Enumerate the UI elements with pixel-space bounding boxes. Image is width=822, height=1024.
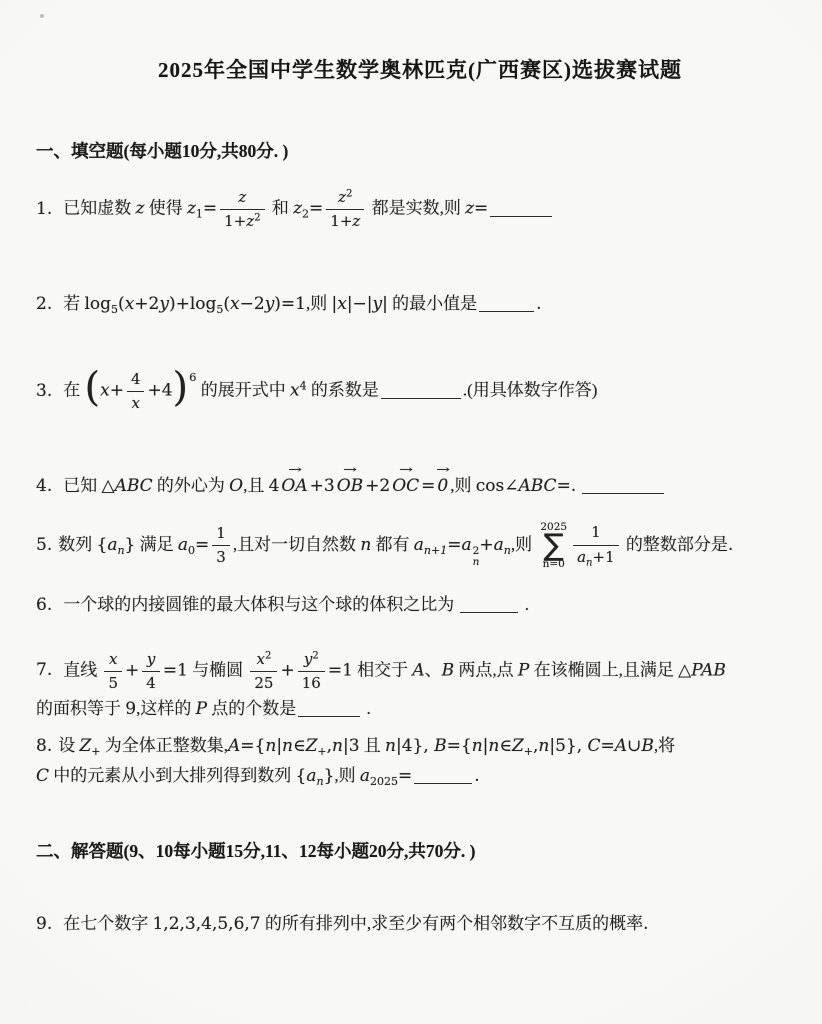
math-variable: z bbox=[293, 199, 302, 219]
fraction: 1an+1 bbox=[573, 522, 619, 569]
math-roman: = bbox=[203, 199, 217, 219]
math-roman: 25 bbox=[254, 674, 273, 692]
superscript: 4 bbox=[300, 379, 307, 392]
math-roman: ∪ bbox=[627, 736, 641, 756]
text-run: . bbox=[520, 595, 529, 614]
fraction: 4x bbox=[127, 369, 145, 415]
math-roman: △ bbox=[678, 660, 691, 680]
subscript: + bbox=[317, 744, 326, 757]
text-run: . bbox=[362, 699, 371, 718]
question-number: 3. bbox=[36, 381, 52, 401]
math-roman: △ bbox=[101, 476, 114, 496]
math-variable: y bbox=[159, 294, 169, 314]
answer-blank bbox=[381, 381, 461, 398]
math-roman: +2 bbox=[365, 476, 390, 496]
vector-arrow: OB bbox=[337, 466, 363, 502]
text-run: 都是实数,则 bbox=[367, 199, 465, 218]
question-6: 6.一个球的内接圆锥的最大体积与这个球的体积之比为 . bbox=[36, 590, 804, 621]
math-variable: P bbox=[196, 699, 207, 719]
math-roman: = bbox=[601, 736, 615, 756]
math-roman: ∈ bbox=[499, 736, 512, 756]
math-roman: 1 bbox=[216, 524, 226, 542]
fraction: y216 bbox=[298, 649, 325, 695]
math-variable: P bbox=[518, 660, 529, 680]
math-roman: + bbox=[125, 660, 139, 680]
text-run: 在七个数字 bbox=[63, 914, 152, 933]
text-run: ,则 bbox=[306, 294, 332, 313]
math-variable: x bbox=[100, 381, 110, 401]
math-variable: z bbox=[465, 199, 474, 219]
question-number: 8. bbox=[36, 736, 52, 756]
text-run: 已知 bbox=[63, 476, 101, 495]
math-roman: = bbox=[421, 476, 435, 496]
scan-artifact-dot bbox=[40, 14, 44, 18]
math-variable: a bbox=[461, 535, 471, 555]
question-number: 1. bbox=[36, 199, 52, 219]
math-variable: C bbox=[588, 736, 601, 756]
math-roman: +3 bbox=[310, 476, 335, 496]
math-variable: Z bbox=[512, 736, 524, 756]
text-run: ,则 bbox=[450, 476, 476, 495]
math-roman: + bbox=[479, 535, 493, 555]
answer-question-list: 9.在七个数字 1,2,3,4,5,6,7 的所有排列中,求至少有两个相邻数字不… bbox=[36, 909, 804, 940]
answer-blank bbox=[582, 477, 664, 494]
text-run: 的整数部分是 bbox=[622, 535, 728, 554]
math-roman: ( bbox=[118, 294, 125, 314]
math-roman: . bbox=[474, 766, 479, 786]
math-variable: A bbox=[615, 736, 627, 756]
math-variable: B bbox=[434, 736, 447, 756]
answer-blank bbox=[298, 700, 360, 717]
math-roman: =1 bbox=[163, 660, 188, 680]
math-roman: { bbox=[96, 535, 107, 555]
vector-arrow: OC bbox=[392, 466, 419, 502]
text-run: 已知虚数 bbox=[63, 199, 135, 218]
math-variable: a bbox=[360, 766, 370, 786]
text-run: 相交于 bbox=[353, 660, 413, 679]
text-run: 使得 bbox=[144, 199, 187, 218]
text-run: ,将 bbox=[654, 736, 675, 755]
text-run: 设 bbox=[58, 736, 79, 755]
math-variable: n bbox=[472, 736, 483, 756]
superscript: 2 bbox=[254, 213, 260, 224]
text-run: 在 bbox=[63, 381, 84, 400]
subscript: + bbox=[524, 744, 533, 757]
text-run: ,则 bbox=[511, 535, 537, 554]
section-2-header: 二、解答题(9、10每小题15分,11、12每小题20分,共70分. ) bbox=[36, 838, 804, 863]
text-run: 满足 bbox=[135, 535, 178, 554]
math-variable: n bbox=[360, 535, 371, 555]
subscript: 5 bbox=[111, 302, 118, 315]
math-variable: a bbox=[178, 535, 188, 555]
question-7: 7.直线 x5+y4=1 与椭圆 x225+y216=1 相交于 A、B 两点,… bbox=[36, 649, 804, 725]
math-variable: a bbox=[107, 535, 117, 555]
math-roman: . bbox=[643, 914, 648, 934]
math-variable: n bbox=[385, 736, 396, 756]
answer-blank bbox=[490, 200, 552, 217]
math-roman: −2 bbox=[240, 294, 265, 314]
math-variable: n bbox=[265, 736, 276, 756]
fill-in-question-list: 1.已知虚数 z 使得 z1=z1+z2 和 z2=z21+z 都是实数,则 z… bbox=[36, 187, 804, 792]
math-roman: 4 bbox=[269, 476, 280, 496]
answer-blank bbox=[460, 596, 518, 613]
question-number: 9. bbox=[36, 914, 52, 934]
section-1-header: 一、填空题(每小题10分,共80分. ) bbox=[36, 138, 804, 163]
fraction: x5 bbox=[104, 649, 122, 695]
math-variable: C bbox=[36, 766, 49, 786]
math-roman: , bbox=[577, 736, 588, 756]
math-roman: . bbox=[536, 294, 541, 314]
subscript: n+1 bbox=[424, 544, 447, 557]
subscript: n bbox=[316, 775, 323, 788]
answer-blank bbox=[414, 767, 472, 784]
math-variable: Z bbox=[306, 736, 318, 756]
text-run: 为全体正整数集, bbox=[101, 736, 229, 755]
text-run: ,且 bbox=[243, 476, 269, 495]
math-roman: log bbox=[84, 294, 111, 314]
math-roman: } bbox=[324, 766, 335, 786]
text-run: 数列 bbox=[58, 535, 96, 554]
math-roman: = bbox=[398, 766, 412, 786]
math-variable: y bbox=[265, 294, 275, 314]
math-roman: ={ bbox=[447, 736, 472, 756]
math-roman: 16 bbox=[302, 674, 321, 692]
math-variable: z bbox=[187, 199, 196, 219]
question-number: 7. bbox=[36, 660, 52, 680]
math-roman: ∈ bbox=[293, 736, 306, 756]
math-roman: |3 bbox=[343, 736, 360, 756]
math-roman: = bbox=[447, 535, 461, 555]
math-variable: O bbox=[229, 476, 243, 496]
text-run: 都有 bbox=[371, 535, 414, 554]
text-run bbox=[576, 476, 580, 495]
math-variable: z bbox=[352, 212, 360, 230]
math-variable: ABC bbox=[115, 476, 153, 496]
fraction: x225 bbox=[250, 649, 277, 695]
math-variable: x bbox=[131, 394, 139, 412]
math-roman: 9 bbox=[125, 699, 136, 719]
text-run: 的面积等于 bbox=[36, 699, 125, 718]
question-5: 5.数列 {an} 满足 a0=13,且对一切自然数 n 都有 an+1=a2n… bbox=[36, 522, 804, 570]
question-3: 3.在 (x+4x+4)6 的展开式中 x4 的系数是.(用具体数字作答) bbox=[36, 367, 804, 414]
subscript: 1 bbox=[196, 208, 203, 221]
math-roman: +2 bbox=[134, 294, 159, 314]
math-variable: n bbox=[538, 736, 549, 756]
text-run: .(用具体数字作答) bbox=[463, 381, 598, 400]
math-roman: +1 bbox=[593, 548, 615, 566]
math-roman: 1,2,3,4,5,6,7 bbox=[152, 914, 260, 934]
math-roman: |−| bbox=[347, 294, 373, 314]
question-number: 6. bbox=[36, 595, 52, 615]
vector-arrow: OA bbox=[281, 466, 307, 502]
superscript: 2 bbox=[265, 650, 271, 661]
text-run: 的最小值是 bbox=[388, 294, 477, 313]
fraction: z1+z2 bbox=[220, 187, 264, 233]
text-run: 的系数是 bbox=[307, 381, 379, 400]
math-variable: n bbox=[282, 736, 293, 756]
math-variable: x bbox=[290, 381, 300, 401]
question-8: 8.设 Z+ 为全体正整数集,A={n|n∈Z+,n|3 且 n|4}, B={… bbox=[36, 731, 804, 792]
math-variable: x bbox=[257, 650, 265, 668]
math-roman: + bbox=[110, 381, 124, 401]
math-variable: A bbox=[412, 660, 424, 680]
text-run: 与椭圆 bbox=[188, 660, 248, 679]
subscript: 0 bbox=[188, 544, 195, 557]
math-variable: B bbox=[641, 736, 654, 756]
text-run: 的外心为 bbox=[153, 476, 230, 495]
sigma-symbol: ∑ bbox=[544, 532, 564, 559]
fraction: z21+z bbox=[326, 187, 364, 233]
math-variable: B bbox=[442, 660, 455, 680]
math-roman: { bbox=[296, 766, 307, 786]
math-roman: )+log bbox=[169, 294, 216, 314]
text-run: 直线 bbox=[63, 660, 101, 679]
math-roman: |5} bbox=[549, 736, 576, 756]
math-roman: 4 bbox=[131, 370, 141, 388]
math-variable: a bbox=[306, 766, 316, 786]
text-run: 且 bbox=[360, 736, 386, 755]
math-variable: a bbox=[414, 535, 424, 555]
math-roman: =1 bbox=[328, 660, 353, 680]
question-1: 1.已知虚数 z 使得 z1=z1+z2 和 z2=z21+z 都是实数,则 z… bbox=[36, 187, 804, 233]
math-roman: =. bbox=[557, 476, 577, 496]
subscript: + bbox=[91, 744, 100, 757]
math-roman: , bbox=[423, 736, 434, 756]
text-run: 的展开式中 bbox=[196, 381, 290, 400]
exam-paper-scan: 2025年全国中学生数学奥林匹克(广西赛区)选拔赛试题 一、填空题(每小题10分… bbox=[0, 0, 822, 1024]
superscript: 2 bbox=[312, 650, 318, 661]
math-roman: +4 bbox=[147, 381, 172, 401]
math-variable: x bbox=[109, 650, 117, 668]
text-run: ,且对一切自然数 bbox=[233, 535, 361, 554]
text-run: 若 bbox=[63, 294, 84, 313]
subscript: n bbox=[117, 544, 124, 557]
summation-lower-limit: n=0 bbox=[543, 559, 565, 570]
superscript: 2 bbox=[346, 189, 352, 200]
fraction: 13 bbox=[212, 523, 230, 569]
math-roman: )=1 bbox=[274, 294, 306, 314]
text-run: 一个球的内接圆锥的最大体积与这个球的体积之比为 bbox=[63, 595, 458, 614]
math-roman: 1+ bbox=[330, 212, 352, 230]
math-variable: x bbox=[230, 294, 240, 314]
math-roman: . bbox=[728, 535, 733, 555]
math-roman: cos∠ bbox=[476, 476, 519, 496]
big-paren: ( bbox=[84, 365, 100, 411]
math-variable: n bbox=[488, 736, 499, 756]
math-roman: 4 bbox=[146, 674, 156, 692]
math-variable: a bbox=[577, 548, 586, 566]
math-variable: n bbox=[332, 736, 343, 756]
text-run: 、 bbox=[425, 660, 442, 679]
math-variable: y bbox=[373, 294, 383, 314]
big-paren: ) bbox=[173, 365, 189, 411]
math-roman: + bbox=[280, 660, 294, 680]
question-4: 4.已知 △ABC 的外心为 O,且 4OA+3OB+2OC=0,则 cos∠A… bbox=[36, 466, 804, 502]
answer-blank bbox=[479, 294, 534, 311]
subscript: n bbox=[504, 544, 511, 557]
page-title: 2025年全国中学生数学奥林匹克(广西赛区)选拔赛试题 bbox=[36, 0, 804, 84]
text-run: 在该椭圆上,且满足 bbox=[529, 660, 678, 679]
question-number: 4. bbox=[36, 476, 52, 496]
math-roman: } bbox=[125, 535, 136, 555]
text-run: ,这样的 bbox=[136, 699, 196, 718]
math-roman: = bbox=[195, 535, 209, 555]
fraction: y4 bbox=[142, 649, 160, 695]
math-roman: ={ bbox=[240, 736, 265, 756]
math-roman: 1+ bbox=[224, 212, 246, 230]
math-variable: x bbox=[337, 294, 347, 314]
math-roman: 5 bbox=[108, 674, 118, 692]
math-variable: y bbox=[147, 650, 155, 668]
question-9: 9.在七个数字 1,2,3,4,5,6,7 的所有排列中,求至少有两个相邻数字不… bbox=[36, 909, 804, 940]
math-variable: a bbox=[494, 535, 504, 555]
math-variable: z bbox=[238, 188, 246, 206]
question-2: 2.若 log5(x+2y)+log5(x−2y)=1,则 |x|−|y| 的最… bbox=[36, 289, 804, 320]
text-run: 的所有排列中,求至少有两个相邻数字不互质的概率 bbox=[261, 914, 644, 933]
text-run: 两点,点 bbox=[454, 660, 518, 679]
vector-arrow: 0 bbox=[437, 466, 448, 502]
summation: 2025∑n=0 bbox=[540, 522, 567, 570]
math-variable: PAB bbox=[691, 660, 726, 680]
math-variable: A bbox=[228, 736, 240, 756]
math-roman: |4} bbox=[396, 736, 423, 756]
subscript: 2 bbox=[302, 208, 309, 221]
subscript: 2025 bbox=[370, 775, 398, 788]
question-number: 2. bbox=[36, 294, 52, 314]
math-roman: 1 bbox=[591, 523, 601, 541]
math-variable: x bbox=[125, 294, 135, 314]
math-roman: = bbox=[474, 199, 488, 219]
text-run: 和 bbox=[268, 199, 294, 218]
text-run: 点的个数是 bbox=[207, 699, 296, 718]
math-roman: 3 bbox=[216, 548, 226, 566]
math-variable: Z bbox=[79, 736, 91, 756]
math-variable: ABC bbox=[518, 476, 556, 496]
question-number: 5. bbox=[36, 535, 52, 555]
text-run: ,则 bbox=[334, 766, 360, 785]
text-run: 中的元素从小到大排列得到数列 bbox=[49, 766, 296, 785]
math-variable: z bbox=[338, 188, 346, 206]
math-roman: = bbox=[309, 199, 323, 219]
